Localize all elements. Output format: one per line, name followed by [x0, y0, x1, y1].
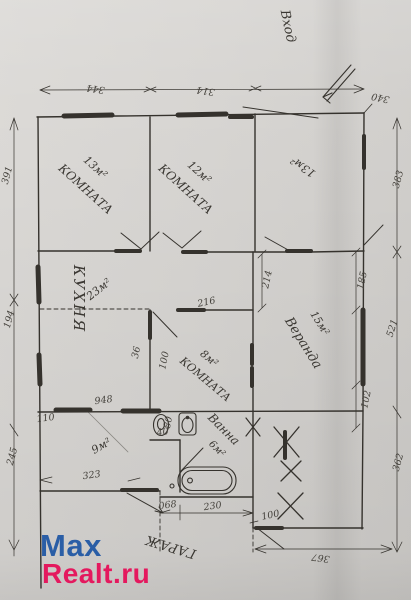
- dim-xroom-door: 100: [260, 508, 280, 523]
- dim-kitchen-inner: 216: [195, 295, 216, 310]
- room9-area-label: 9м²: [89, 435, 113, 457]
- floor-plan-drawing: 344 314 340 391 194 245 110 383 521 185 …: [0, 0, 411, 600]
- dimension-labels: 344 314 340 391 194 245 110 383 521 185 …: [0, 82, 406, 564]
- room13-area-label: 13м²: [81, 153, 110, 181]
- dim-nook-40: 40: [155, 426, 169, 439]
- watermark: Max Realt.ru: [40, 528, 150, 589]
- dim-garage-offset: 068: [158, 499, 177, 512]
- dim-right-upper: 383: [391, 169, 406, 189]
- entrance-label: Вход: [276, 8, 298, 44]
- dim-room9-inner: 323: [82, 469, 101, 482]
- bath-area-label: 6м²: [206, 439, 227, 460]
- dim-wall-36: 36: [130, 345, 143, 359]
- dim-top-room1: 344: [86, 82, 105, 95]
- watermark-line2: Realt.ru: [42, 558, 150, 589]
- dim-door-100: 100: [157, 350, 172, 370]
- dim-right-window-bottom: 102: [359, 389, 374, 409]
- bathtub: [178, 467, 236, 494]
- veranda-area-label: 15м²: [307, 309, 331, 338]
- dim-left-small: 110: [36, 412, 55, 425]
- dim-garage-door: 230: [202, 500, 222, 514]
- garage-name-label: ГАРАЖ: [144, 532, 199, 562]
- dimension-lines: [9, 85, 402, 556]
- dim-left-middle: 194: [2, 309, 17, 329]
- crossed-out-marks: [274, 427, 303, 519]
- dim-right-overall: 521: [385, 318, 401, 339]
- dim-top-room2: 314: [196, 84, 215, 97]
- dim-right-window-top: 185: [355, 270, 370, 290]
- dim-left-upper: 391: [0, 165, 15, 185]
- dim-bottom: 367: [310, 551, 330, 565]
- dim-room9-width: 948: [94, 394, 113, 407]
- dim-left-lower: 245: [5, 446, 21, 467]
- dim-right-lower: 362: [391, 452, 406, 472]
- door-knob-mark: [170, 484, 174, 488]
- floor-plan-photo: 344 314 340 391 194 245 110 383 521 185 …: [0, 0, 411, 600]
- hall-area-label: 13м²: [288, 154, 318, 180]
- entrance-arrow: [323, 65, 355, 103]
- sink: [179, 413, 196, 435]
- kitchen-name-label: КУХНЯ: [70, 264, 88, 333]
- dim-entrance: 340: [370, 90, 390, 105]
